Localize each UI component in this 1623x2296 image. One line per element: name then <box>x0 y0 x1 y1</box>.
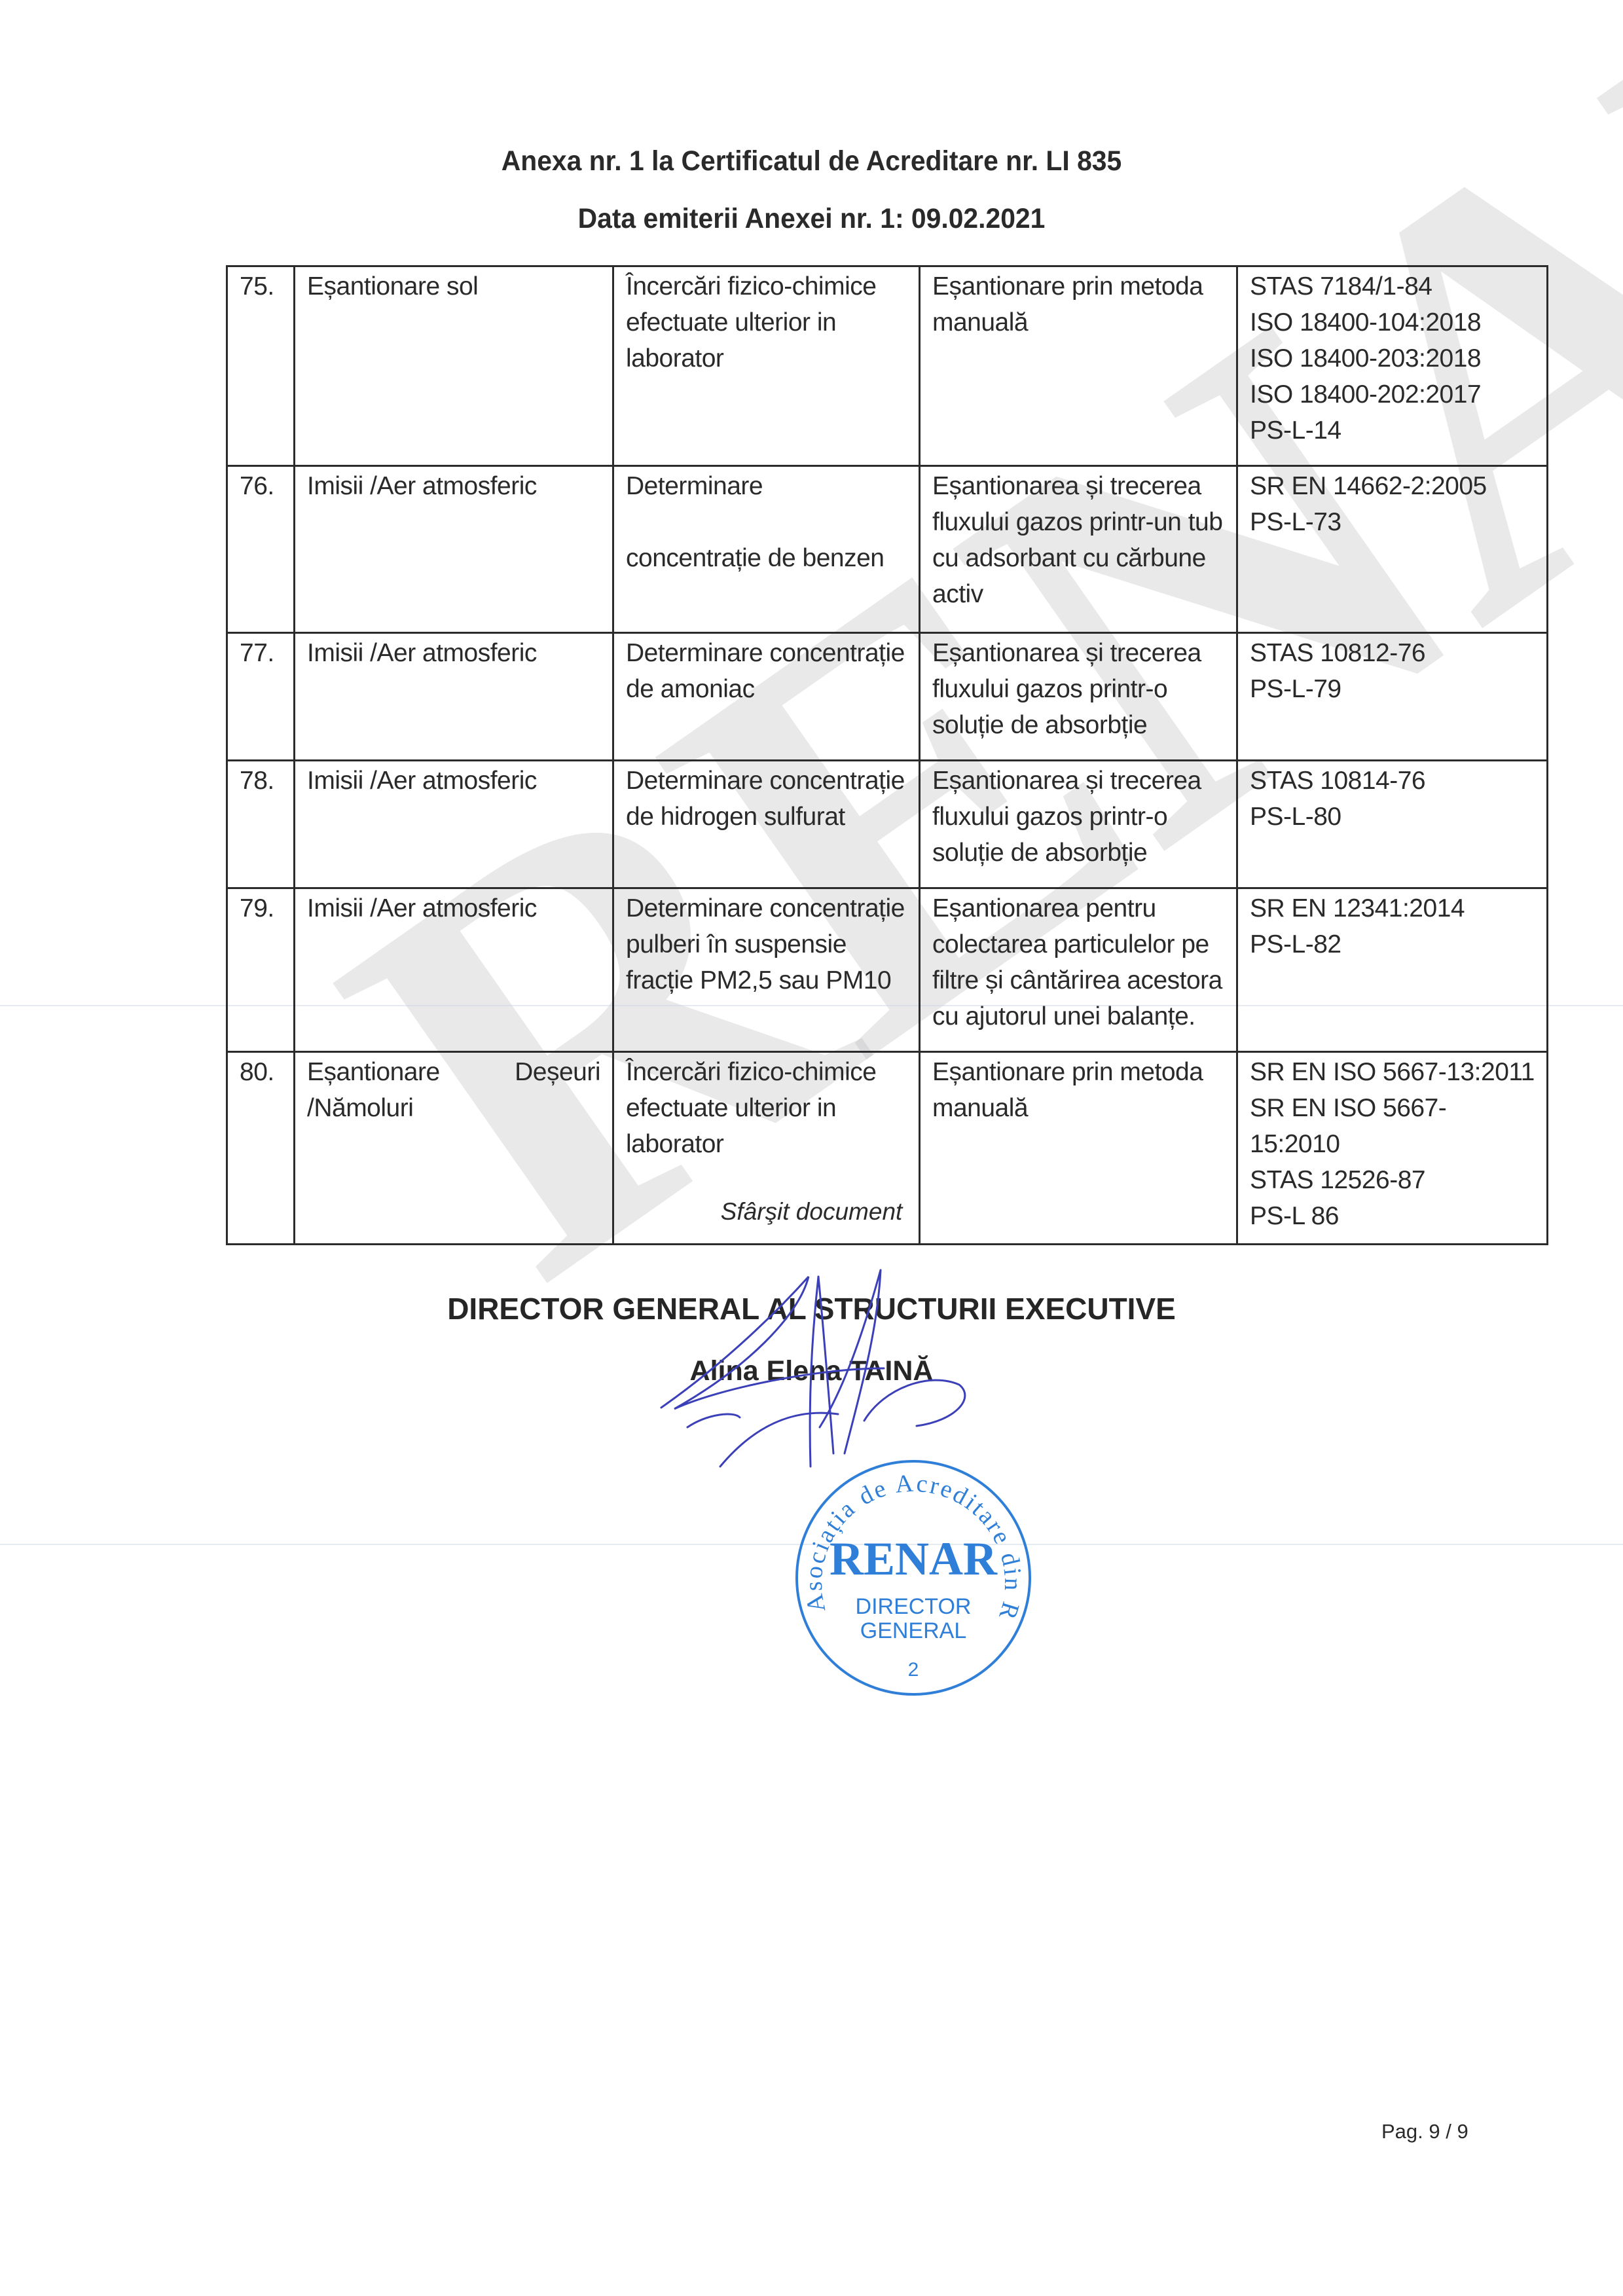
row-activity-line: de amoniac <box>626 671 907 707</box>
row-activity: Determinare concentrațiepulberi în suspe… <box>613 888 920 1052</box>
row-activity: Încercări fizico-chimiceefectuate ulteri… <box>613 266 920 466</box>
row-method: Eșantionarea și trecereafluxului gazos p… <box>920 633 1237 761</box>
annex-issue-date: Data emiterii Anexei nr. 1: 09.02.2021 <box>41 203 1582 235</box>
row-domain: Imisii /Aer atmosferic <box>295 888 613 1052</box>
row-standards-line: SR EN 14662-2:2005 <box>1250 468 1535 504</box>
row-method: Eșantionarea pentrucolectarea particulel… <box>920 888 1237 1052</box>
row-domain: Imisii /Aer atmosferic <box>295 761 613 888</box>
row-number: 75. <box>227 266 295 466</box>
row-method-line: cu ajutorul unei balanțe. <box>932 998 1224 1034</box>
row-domain-line: Eșantionare sol <box>307 268 600 304</box>
end-of-document-note: Sfârşit document <box>0 1198 1623 1226</box>
svg-text:RENAR: RENAR <box>830 1533 998 1585</box>
annex-title: Anexa nr. 1 la Certificatul de Acreditar… <box>41 145 1582 177</box>
row-method-line: cu adsorbant cu cărbune <box>932 540 1224 576</box>
row-standards-line: PS-L-80 <box>1250 799 1535 835</box>
row-method: Eșantionarea și trecereafluxului gazos p… <box>920 466 1237 633</box>
row-number-line: 77. <box>240 635 282 671</box>
row-method-line: manuală <box>932 1090 1224 1126</box>
row-method-line: soluție de absorbție <box>932 835 1224 871</box>
row-activity-line: Determinare concentrație <box>626 635 907 671</box>
row-domain-line: /Nămoluri <box>307 1090 600 1126</box>
row-domain-word: Eșantionare <box>307 1054 440 1090</box>
row-method-line: fluxului gazos printr-o <box>932 799 1224 835</box>
row-activity-line: efectuate ulterior in <box>626 1090 907 1126</box>
row-standards-line: ISO 18400-202:2017 <box>1250 376 1535 412</box>
row-method-line: Eșantionarea pentru <box>932 890 1224 926</box>
svg-text:GENERAL: GENERAL <box>860 1618 967 1643</box>
row-activity-line: Determinare <box>626 468 907 504</box>
row-standards-line: STAS 12526-87 <box>1250 1162 1535 1198</box>
row-activity: Determinare concentrațiede hidrogen sulf… <box>613 761 920 888</box>
row-domain-line: Imisii /Aer atmosferic <box>307 635 600 671</box>
row-standards-line: PS-L-73 <box>1250 504 1535 540</box>
row-standards: STAS 10812-76PS-L-79 <box>1237 633 1548 761</box>
row-standards: SR EN 12341:2014PS-L-82 <box>1237 888 1548 1052</box>
row-number: 76. <box>227 466 295 633</box>
row-method-line: manuală <box>932 304 1224 340</box>
row-number-line: 78. <box>240 763 282 799</box>
svg-text:2: 2 <box>908 1659 919 1681</box>
row-number-line: 76. <box>240 468 282 504</box>
table-row: 75.Eșantionare solÎncercări fizico-chimi… <box>227 266 1548 466</box>
row-method-line: filtre și cântărirea acestora <box>932 962 1224 998</box>
row-domain: Imisii /Aer atmosferic <box>295 633 613 761</box>
table-row: 79.Imisii /Aer atmosfericDeterminare con… <box>227 888 1548 1052</box>
row-activity-line: efectuate ulterior in <box>626 304 907 340</box>
table-row: 77.Imisii /Aer atmosfericDeterminare con… <box>227 633 1548 761</box>
row-standards-line: PS-L-82 <box>1250 926 1535 962</box>
row-method-line: colectarea particulelor pe <box>932 926 1224 962</box>
row-standards: STAS 10814-76PS-L-80 <box>1237 761 1548 888</box>
row-method-line: Eșantionare prin metoda <box>932 1054 1224 1090</box>
row-domain-line: Imisii /Aer atmosferic <box>307 890 600 926</box>
row-standards-line: SR EN 12341:2014 <box>1250 890 1535 926</box>
row-method-line: Eșantionarea și trecerea <box>932 763 1224 799</box>
row-activity-line: Încercări fizico-chimice <box>626 1054 907 1090</box>
row-activity-line: concentrație de benzen <box>626 540 907 576</box>
row-domain-word: Deșeuri <box>515 1054 600 1090</box>
row-standards-line: STAS 7184/1-84 <box>1250 268 1535 304</box>
table-row: 76.Imisii /Aer atmosfericDeterminare con… <box>227 466 1548 633</box>
accreditation-scope-table: 75.Eșantionare solÎncercări fizico-chimi… <box>226 265 1548 1245</box>
row-method: Eșantionarea și trecereafluxului gazos p… <box>920 761 1237 888</box>
row-number: 77. <box>227 633 295 761</box>
row-activity-line: Încercări fizico-chimice <box>626 268 907 304</box>
row-activity-line <box>626 504 907 540</box>
row-standards-line: ISO 18400-104:2018 <box>1250 304 1535 340</box>
row-method-line: Eșantionarea și trecerea <box>932 468 1224 504</box>
row-number-line: 79. <box>240 890 282 926</box>
row-activity-line: laborator <box>626 1126 907 1162</box>
row-standards-line: STAS 10812-76 <box>1250 635 1535 671</box>
table-row: 78.Imisii /Aer atmosfericDeterminare con… <box>227 761 1548 888</box>
row-domain: Imisii /Aer atmosferic <box>295 466 613 633</box>
row-domain: Eșantionare sol <box>295 266 613 466</box>
row-activity-line: de hidrogen sulfurat <box>626 799 907 835</box>
row-method-line: Eșantionare prin metoda <box>932 268 1224 304</box>
row-activity: Determinare concentrațiede amoniac <box>613 633 920 761</box>
row-activity-line: laborator <box>626 340 907 376</box>
row-standards-line: ISO 18400-203:2018 <box>1250 340 1535 376</box>
row-number: 78. <box>227 761 295 888</box>
row-standards: STAS 7184/1-84ISO 18400-104:2018ISO 1840… <box>1237 266 1548 466</box>
row-activity-line: Determinare concentrație <box>626 890 907 926</box>
row-method-line: Eșantionarea și trecerea <box>932 635 1224 671</box>
row-method-line: soluție de absorbție <box>932 707 1224 743</box>
row-standards: SR EN 14662-2:2005PS-L-73 <box>1237 466 1548 633</box>
row-method-line: fluxului gazos printr-o <box>932 671 1224 707</box>
svg-text:DIRECTOR: DIRECTOR <box>856 1594 972 1619</box>
row-number-line: 80. <box>240 1054 282 1090</box>
row-activity: Determinare concentrație de benzen <box>613 466 920 633</box>
row-number: 79. <box>227 888 295 1052</box>
row-standards-line: PS-L-79 <box>1250 671 1535 707</box>
row-activity-line: fracție PM2,5 sau PM10 <box>626 962 907 998</box>
renar-stamp: Asociația de Acreditare din România RENA… <box>789 1453 1038 1702</box>
row-standards-line: STAS 10814-76 <box>1250 763 1535 799</box>
row-domain-line: Imisii /Aer atmosferic <box>307 763 600 799</box>
row-activity-line: Determinare concentrație <box>626 763 907 799</box>
row-standards-line: SR EN ISO 5667-15:2010 <box>1250 1090 1535 1162</box>
row-method-line: activ <box>932 576 1224 612</box>
row-method: Eșantionare prin metodamanuală <box>920 266 1237 466</box>
row-activity-line: pulberi în suspensie <box>626 926 907 962</box>
row-method-line: fluxului gazos printr-un tub <box>932 504 1224 540</box>
row-domain-line: Imisii /Aer atmosferic <box>307 468 600 504</box>
row-number-line: 75. <box>240 268 282 304</box>
row-standards-line: PS-L-14 <box>1250 412 1535 448</box>
page-number: Pag. 9 / 9 <box>1381 2120 1468 2143</box>
handwritten-signature <box>648 1257 1015 1473</box>
row-standards-line: SR EN ISO 5667-13:2011 <box>1250 1054 1535 1090</box>
